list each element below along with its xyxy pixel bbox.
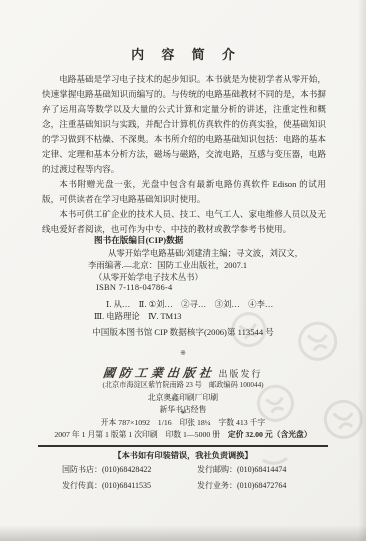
cip-record-number: 中国版本图书馆 CIP 数据核字(2006)第 113544 号 bbox=[0, 326, 366, 338]
cip-entry-line1: 从零开始学电路基础/刘建清主编；寻文波，刘汉文， bbox=[108, 247, 303, 259]
cip-series-title: （从零开始学电子技术丛书） bbox=[94, 271, 203, 283]
contact-row: 发行传真：(010)68411535 发行业务：(010)68472764 bbox=[62, 480, 312, 491]
bookstore-phone: 国防书店：(010)68428422 bbox=[62, 464, 197, 475]
publisher-address: (北京市海淀区紫竹院南路 23 号 邮政编码 100044) bbox=[0, 380, 366, 390]
page-title: 内 容 简 介 bbox=[0, 44, 366, 63]
sales-phone: 发行业务：(010)68472764 bbox=[197, 480, 312, 491]
book-copyright-page: 内 容 简 介 电路基础是学习电子技术的起步知识。本书就是为使初学者从零开始，快… bbox=[0, 0, 366, 541]
printer-line: 北京奥鑫印刷厂印刷 bbox=[0, 392, 366, 403]
price: 定价 32.00 元（含光盘） bbox=[228, 430, 312, 439]
cip-header: 图书在版编目(CIP)数据 bbox=[94, 234, 183, 246]
summary-paragraph-2: 本书附赠光盘一张，光盘中包含有最新电路仿真软件 Edison 的试用版，可供读者… bbox=[42, 177, 326, 207]
contact-row: 国防书店：(010)68428422 发行邮购：(010)68414474 bbox=[62, 464, 312, 475]
publisher-calligraphy-logo: 國防工業出版社 bbox=[103, 364, 217, 381]
section-divider-mark: ※ bbox=[0, 349, 366, 357]
cip-entry-line2: 李雨编著.—北京：国防工业出版社，2007.1 bbox=[88, 259, 247, 271]
cip-classification-line1: Ⅰ. 从… Ⅱ. ①刘… ②寻… ③刘… ④李… bbox=[106, 298, 273, 310]
print-specs-line2: 2007 年 1 月第 1 版第 1 次印刷 印数 1—5000 册 定价 32… bbox=[0, 429, 366, 440]
contact-block: 国防书店：(010)68428422 发行邮购：(010)68414474 发行… bbox=[62, 464, 312, 496]
fax-phone: 发行传真：(010)68411535 bbox=[62, 480, 197, 491]
horizontal-rule bbox=[38, 445, 328, 447]
publisher-line: 國防工業出版社 出版发行 bbox=[0, 364, 366, 381]
edition-print-run: 2007 年 1 月第 1 版第 1 次印刷 印数 1—5000 册 bbox=[54, 430, 227, 439]
isbn-number: ISBN 7-118-04786-4 bbox=[96, 283, 173, 292]
cip-classification-line2: Ⅲ. 电路理论 Ⅳ. TM13 bbox=[94, 310, 181, 322]
summary-paragraph-1: 电路基础是学习电子技术的起步知识。本书就是为使初学者从零开始，快速掌握电路基础知… bbox=[42, 72, 326, 177]
publisher-suffix: 出版发行 bbox=[219, 369, 263, 379]
exchange-notice: 【本书如有印装错误，我社负责调换】 bbox=[0, 450, 366, 461]
summary-paragraph-3: 本书可供工矿企业的技术人员、技工、电气工人、家电维修人员以及无线电爱好者阅读，也… bbox=[42, 207, 326, 237]
mail-order-phone: 发行邮购：(010)68414474 bbox=[197, 464, 312, 475]
print-specs-line1: 开本 787×1092 1/16 印张 18¼ 字数 413 千字 bbox=[0, 417, 366, 428]
content-summary: 电路基础是学习电子技术的起步知识。本书就是为使初学者从零开始，快速掌握电路基础知… bbox=[42, 72, 326, 237]
